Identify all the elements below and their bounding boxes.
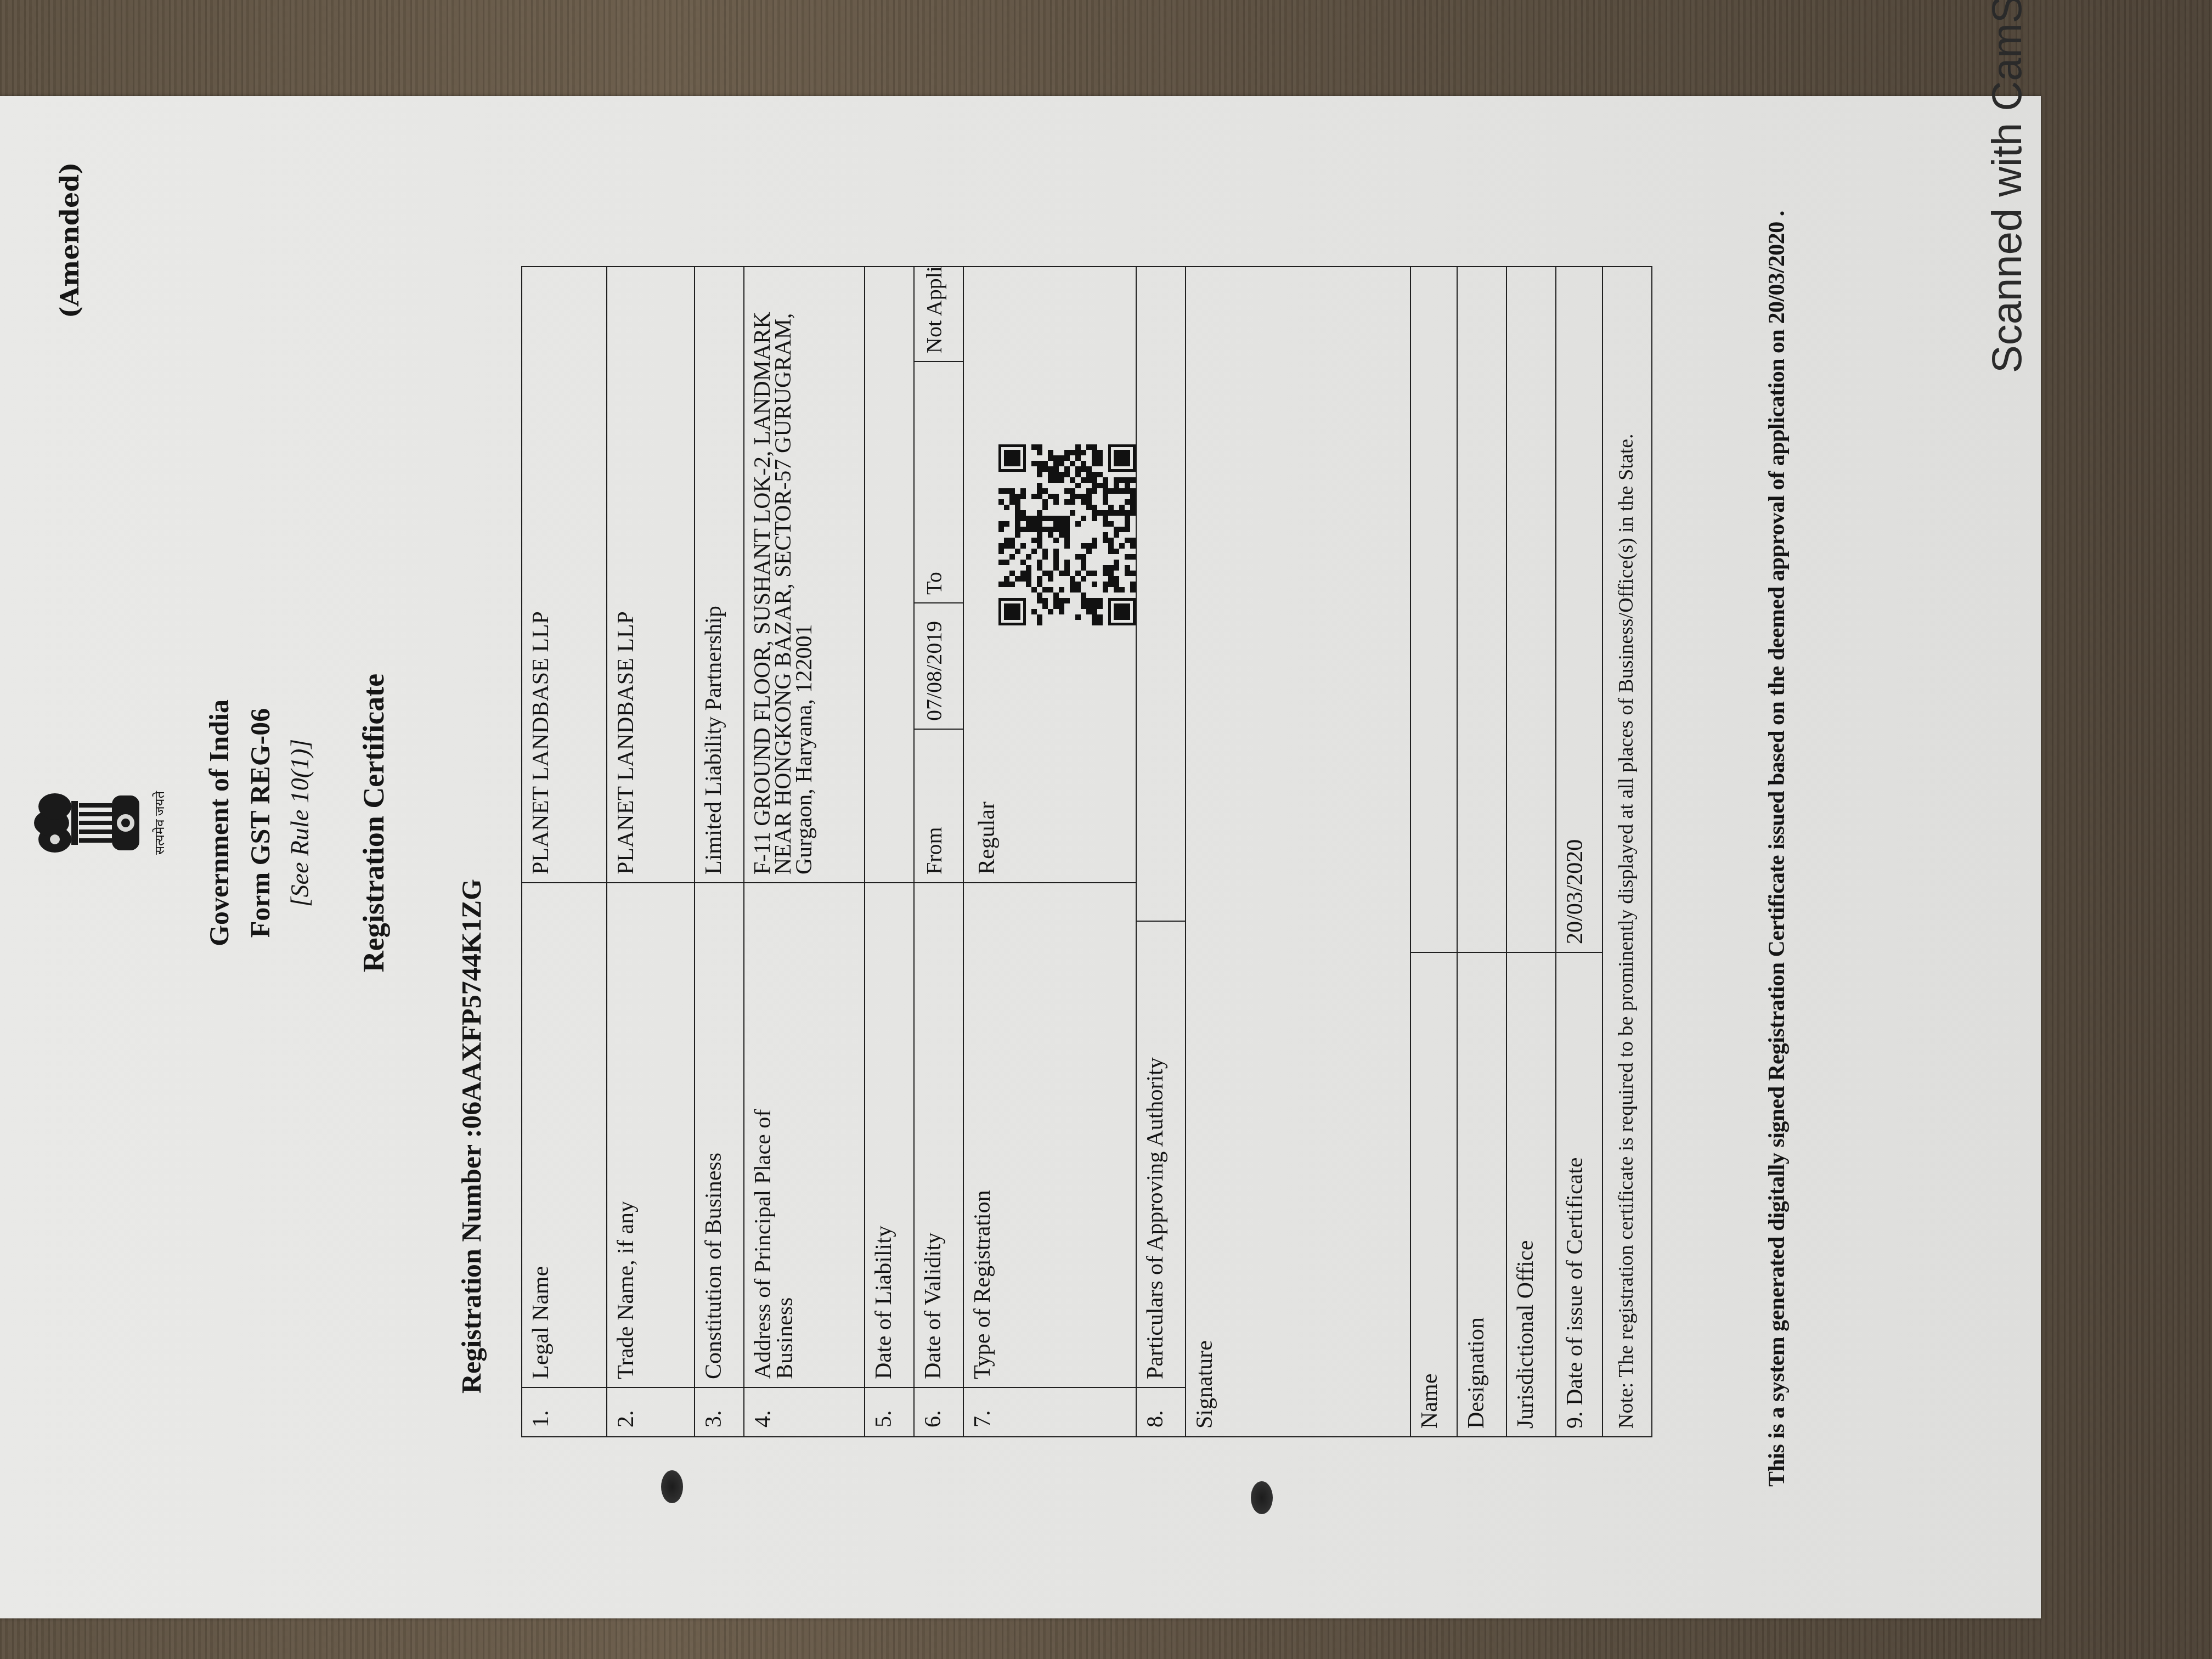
date-of-issue-label: 9. Date of issue of Certificate: [1555, 952, 1603, 1437]
row-5-number: 5.: [864, 1387, 915, 1437]
trade-name-value: PLANET LANDBASE LLP: [606, 266, 695, 883]
designation-value: [1457, 266, 1507, 953]
emblem-motto: सत्यमेव जयते: [150, 785, 168, 861]
name-value: [1410, 266, 1458, 953]
validity-from-label: From: [913, 729, 964, 883]
row-6-number: 6.: [913, 1387, 964, 1437]
national-emblem: सत्यमेव जयते: [33, 785, 170, 861]
legal-name-value: PLANET LANDBASE LLP: [521, 266, 607, 883]
trade-name-label: Trade Name, if any: [606, 882, 695, 1388]
signature-label: Signature: [1192, 1340, 1217, 1429]
type-of-registration-label: Type of Registration: [963, 882, 1137, 1388]
address-value: F-11 GROUND FLOOR, SUSHANT LOK-2, LANDMA…: [743, 266, 865, 883]
date-of-validity-label: Date of Validity: [913, 882, 964, 1388]
validity-from-value: 07/08/2019: [913, 602, 964, 730]
punch-hole: [1251, 1481, 1273, 1514]
registration-number: Registration Number :06AAXFP5744K1ZG: [455, 879, 487, 1393]
camscanner-watermark: Scanned with CamScanner: [1983, 0, 2031, 373]
registration-number-value: 06AAXFP5744K1ZG: [456, 879, 487, 1129]
row-2-number: 2.: [606, 1387, 695, 1437]
date-of-issue-value: 20/03/2020: [1555, 266, 1603, 953]
name-label: Name: [1410, 952, 1458, 1437]
qr-code-icon: [998, 444, 1136, 625]
legal-name-label: Legal Name: [521, 882, 607, 1388]
certificate-title: Registration Certificate: [357, 27, 391, 1618]
validity-to-label: To: [913, 361, 964, 603]
display-note: Note: The registration certificate is re…: [1602, 266, 1652, 1437]
rule-reference: [See Rule 10(1)]: [285, 27, 314, 1618]
jurisdictional-office-value: [1506, 266, 1556, 953]
ashoka-emblem-icon: [33, 790, 148, 856]
approving-authority-value: [1136, 266, 1186, 922]
date-of-liability-label: Date of Liability: [864, 882, 915, 1388]
validity-to-value: Not Applicable: [913, 266, 964, 362]
row-8-number: 8.: [1136, 1387, 1186, 1437]
amended-label: (Amended): [55, 162, 84, 318]
row-3-number: 3.: [694, 1387, 744, 1437]
approving-authority-label: Particulars of Approving Authority: [1136, 921, 1186, 1388]
designation-label: Designation: [1457, 952, 1507, 1437]
system-generated-footer: This is a system generated digitally sig…: [1764, 211, 1790, 1487]
row-1-number: 1.: [521, 1387, 607, 1437]
registration-number-label: Registration Number :: [456, 1129, 487, 1393]
punch-hole: [661, 1470, 683, 1503]
form-heading: Form GST REG-06: [244, 27, 276, 1618]
signature-cell: Signature: [1185, 266, 1411, 1437]
government-heading: Government of India: [203, 27, 235, 1618]
address-label: Address of Principal Place of Business: [743, 882, 865, 1388]
jurisdictional-office-label: Jurisdictional Office: [1506, 952, 1556, 1437]
row-4-number: 4.: [743, 1387, 865, 1437]
row-7-number: 7.: [963, 1387, 1137, 1437]
date-of-liability-value: [864, 266, 915, 883]
constitution-value: Limited Liability Partnership: [694, 266, 744, 883]
registration-certificate-page: (Amended) सत्यमेव जयते Government of Ind…: [0, 96, 2041, 1618]
constitution-label: Constitution of Business: [694, 882, 744, 1388]
